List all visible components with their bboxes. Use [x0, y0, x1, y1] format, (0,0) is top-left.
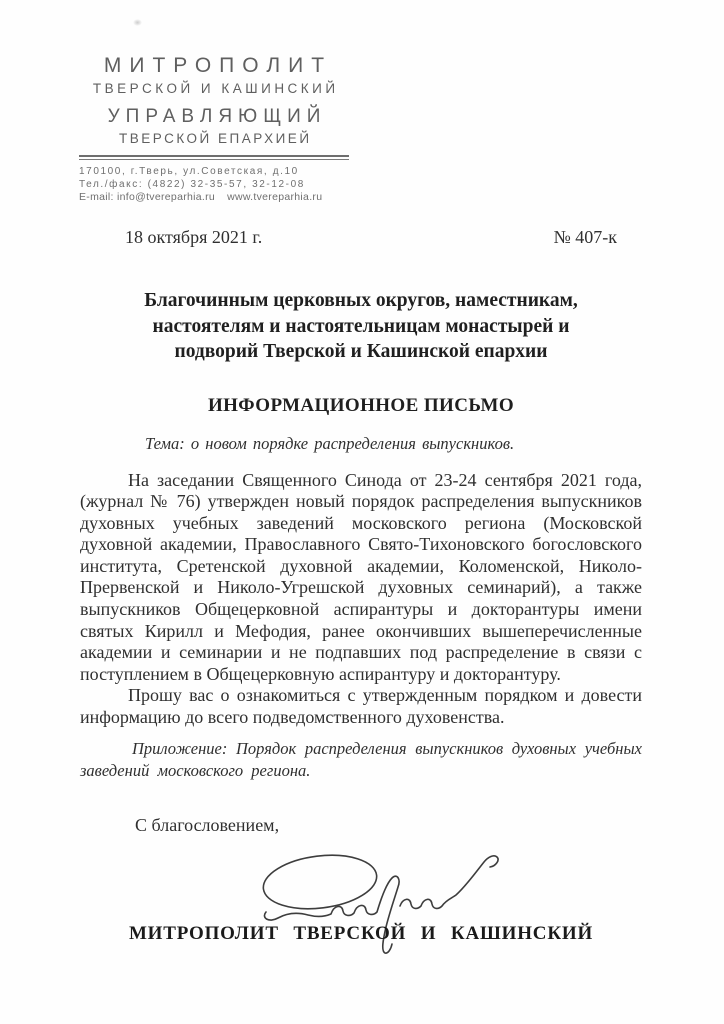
- addressee-line: настоятелям и настоятельницам монастырей…: [80, 314, 642, 340]
- letter-document: МИТРОПОЛИТ ТВЕРСКОЙ И КАШИНСКИЙ УПРАВЛЯЮ…: [0, 0, 724, 1024]
- meta-row: 18 октября 2021 г. № 407-к: [80, 226, 642, 248]
- letter-content: 18 октября 2021 г. № 407-к Благочинным ц…: [80, 226, 642, 836]
- addressee-block: Благочинным церковных округов, наместник…: [80, 288, 642, 365]
- addressee-line: подворий Тверской и Кашинской епархии: [80, 339, 642, 365]
- letterhead-phone: Тел./факс: (4822) 32-35-57, 32-12-08: [79, 178, 349, 191]
- letterhead-website: www.tvereparhia.ru: [227, 191, 322, 203]
- letter-title: ИНФОРМАЦИОННОЕ ПИСЬМО: [80, 393, 642, 418]
- body-paragraph-2: Прошу вас о ознакомиться с утвержденным …: [80, 685, 642, 728]
- letterhead: МИТРОПОЛИТ ТВЕРСКОЙ И КАШИНСКИЙ УПРАВЛЯЮ…: [79, 54, 349, 204]
- signature-scribble: [240, 846, 525, 965]
- email-label: E-mail:: [79, 191, 114, 203]
- letterhead-address: 170100, г.Тверь, ул.Советская, д.10: [79, 165, 349, 178]
- letterhead-divider: [79, 155, 349, 160]
- letterhead-contacts: 170100, г.Тверь, ул.Советская, д.10 Тел.…: [79, 165, 349, 204]
- addressee-line: Благочинным церковных округов, наместник…: [80, 288, 642, 314]
- letterhead-diocese: ТВЕРСКОЙ ЕПАРХИЕЙ: [79, 131, 349, 146]
- attachment-note: Приложение: Порядок распределения выпуск…: [80, 738, 642, 783]
- body-paragraph-1: На заседании Священного Синода от 23-24 …: [80, 470, 642, 686]
- letterhead-rank: МИТРОПОЛИТ: [79, 54, 349, 78]
- signatory-name: МИТРОПОЛИТ ТВЕРСКОЙ И КАШИНСКИЙ: [80, 921, 642, 946]
- signature-tail: [400, 856, 498, 909]
- letterhead-see: ТВЕРСКОЙ И КАШИНСКИЙ: [79, 81, 349, 96]
- scan-artifact: [133, 19, 142, 26]
- salutation: С благословением,: [80, 814, 642, 836]
- letterhead-role: УПРАВЛЯЮЩИЙ: [79, 106, 349, 128]
- letterhead-email-line: E-mail: info@tvereparhia.ruwww.tvereparh…: [79, 191, 349, 204]
- letterhead-email: info@tvereparhia.ru: [117, 191, 215, 203]
- theme-line: Тема: о новом порядке распределения выпу…: [80, 433, 642, 455]
- letter-number: № 407-к: [554, 226, 617, 248]
- letter-date: 18 октября 2021 г.: [125, 226, 262, 248]
